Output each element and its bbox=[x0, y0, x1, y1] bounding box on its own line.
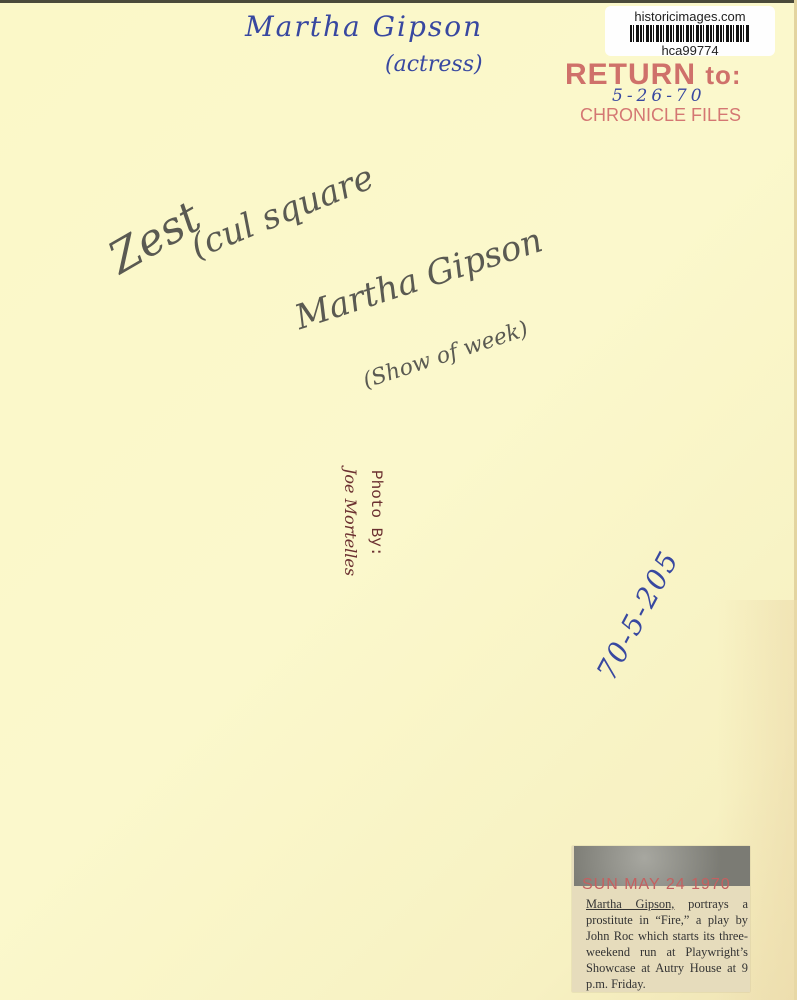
return-to-word: to: bbox=[705, 60, 741, 90]
barcode-icon bbox=[630, 25, 750, 42]
pencil-show-of-week: (Show of week) bbox=[360, 317, 531, 394]
label-site: historicimages.com bbox=[605, 9, 775, 24]
handwritten-actress: (actress) bbox=[385, 52, 483, 77]
label-code: hca99774 bbox=[605, 43, 775, 58]
clipping-body: portrays a prostitute in “Fire,” a play … bbox=[586, 897, 748, 991]
photo-credit-stamp: Photo By: bbox=[367, 470, 385, 556]
handwritten-name: Martha Gipson bbox=[245, 10, 483, 43]
pencil-square: (cul square bbox=[185, 157, 380, 267]
barcode-label: historicimages.com hca99774 bbox=[605, 6, 775, 56]
photographer-name: Joe Mortelles bbox=[341, 468, 360, 576]
archive-number: 70-5-205 bbox=[590, 545, 686, 686]
newspaper-clipping: SUN MAY 24 1970 Martha Gipson, portrays … bbox=[572, 846, 750, 992]
photo-top-edge bbox=[0, 0, 797, 3]
chronicle-files-stamp: CHRONICLE FILES bbox=[580, 105, 741, 126]
return-date: 5-26-70 bbox=[612, 86, 706, 106]
clipping-date: SUN MAY 24 1970 bbox=[582, 876, 731, 894]
clipping-name: Martha Gipson, bbox=[586, 897, 674, 911]
clipping-text: Martha Gipson, portrays a prostitute in … bbox=[586, 896, 748, 992]
